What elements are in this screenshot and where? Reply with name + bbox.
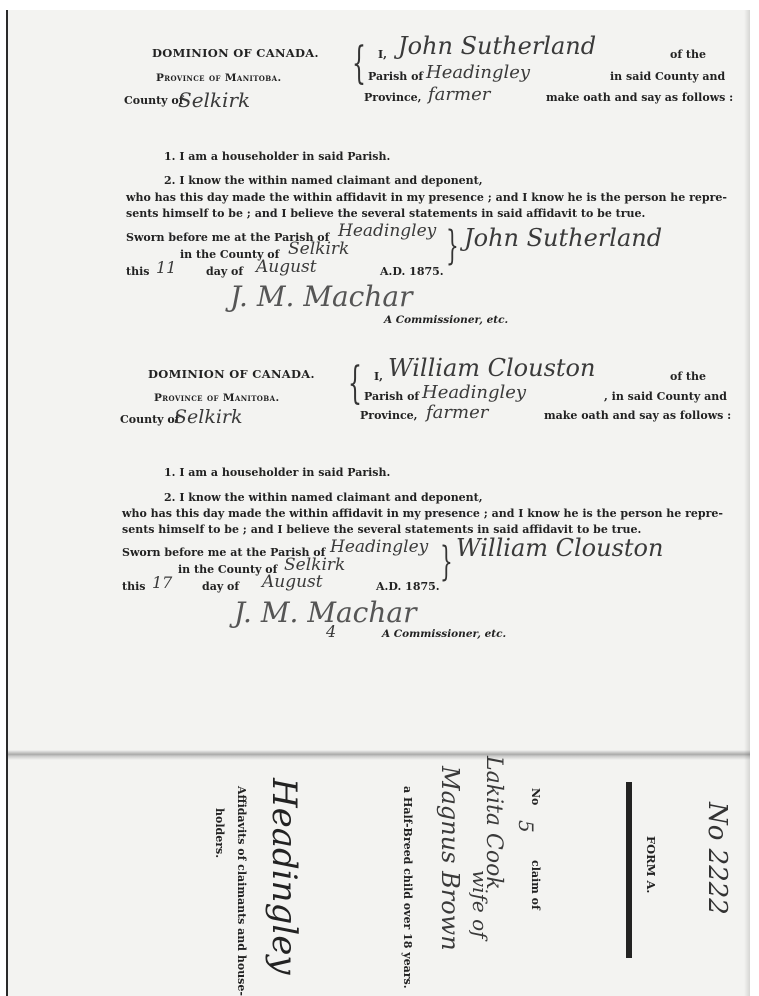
make-oath-label: make oath and say as follows : [546, 91, 733, 104]
claim-of-label: claim of [529, 860, 542, 910]
make-oath-label: make oath and say as follows : [544, 409, 731, 422]
sworn-county-handwritten: Selkirk [288, 239, 349, 259]
no-value-handwritten: 5 [514, 820, 538, 833]
statement-2-line-2: who has this day made the within affidav… [126, 191, 727, 204]
province-heading: Province of Manitoba. [156, 72, 282, 84]
province-label: Province, [360, 409, 418, 422]
no-label: No [529, 788, 542, 805]
check-mark: 4 [326, 622, 336, 641]
province-label: Province, [364, 91, 422, 104]
deponent-name-handwritten: William Clouston [388, 354, 595, 382]
deponent-signature: William Clouston [456, 534, 663, 562]
commissioner-label: A Commissioner, etc. [384, 314, 508, 326]
affidavits-line-1: Affidavits of claimants and house- [235, 786, 248, 996]
file-number-handwritten: No 2222 [702, 802, 732, 915]
statement-2-line-2: who has this day made the within affidav… [122, 507, 723, 520]
half-breed-text: a Half-Breed child over 18 years. [401, 786, 414, 989]
i-label: I, [374, 370, 383, 383]
day-of-label: day of [202, 580, 239, 593]
day-of-label: day of [206, 265, 243, 278]
county-label: County of [124, 94, 183, 107]
parish-label: Parish of [364, 390, 419, 403]
this-label: this [126, 265, 149, 278]
double-rule [626, 782, 632, 958]
statement-2-line-3: sents himself to be ; and I believe the … [126, 207, 645, 220]
in-said-county-label: , in said County and [604, 390, 727, 403]
month-handwritten: August [262, 572, 323, 592]
statement-1: 1. I am a householder in said Parish. [164, 150, 390, 163]
statement-1: 1. I am a householder in said Parish. [164, 466, 390, 479]
year-label: A.D. 1875. [376, 580, 440, 593]
deponent-name-handwritten: John Sutherland [398, 32, 596, 60]
parish-handwritten: Headingley [422, 382, 526, 403]
occupation-handwritten: farmer [426, 402, 488, 423]
claimant-line-2: wife of [468, 870, 492, 939]
statement-2-line-1: 2. I know the within named claimant and … [164, 174, 483, 187]
of-the-label: of the [670, 370, 706, 383]
month-handwritten: August [256, 257, 317, 277]
affidavits-line-2: holders. [213, 808, 226, 858]
sworn-parish-handwritten: Headingley [338, 221, 436, 241]
brace: { [348, 362, 362, 406]
form-label: FORM A. [644, 836, 658, 893]
i-label: I, [378, 48, 387, 61]
of-the-label: of the [670, 48, 706, 61]
occupation-handwritten: farmer [428, 84, 490, 105]
statement-2-line-1: 2. I know the within named claimant and … [164, 491, 483, 504]
brace: } [440, 542, 453, 582]
day-handwritten: 11 [156, 258, 176, 277]
county-handwritten: Selkirk [174, 406, 243, 428]
day-handwritten: 17 [152, 573, 172, 592]
parish-label: Parish of [368, 70, 423, 83]
document-page: DOMINION OF CANADA. Province of Manitoba… [6, 10, 750, 996]
this-label: this [122, 580, 145, 593]
sworn-parish-handwritten: Headingley [330, 537, 428, 557]
commissioner-label: A Commissioner, etc. [382, 628, 506, 640]
province-heading: Province of Manitoba. [154, 392, 280, 404]
dominion-heading: DOMINION OF CANADA. [148, 367, 315, 381]
year-label: A.D. 1875. [380, 265, 444, 278]
brace: } [446, 226, 459, 266]
parish-handwritten: Headingley [264, 778, 304, 975]
deponent-signature: John Sutherland [464, 224, 662, 252]
dominion-heading: DOMINION OF CANADA. [152, 46, 319, 60]
claimant-line-3: Magnus Brown [436, 766, 464, 951]
in-said-county-label: in said County and [610, 70, 725, 83]
fold-line [8, 750, 750, 760]
county-label: County of [120, 413, 179, 426]
commissioner-signature: J. M. Machar [230, 280, 412, 313]
brace: { [352, 42, 366, 86]
parish-handwritten: Headingley [426, 62, 530, 83]
county-handwritten: Selkirk [178, 88, 250, 112]
